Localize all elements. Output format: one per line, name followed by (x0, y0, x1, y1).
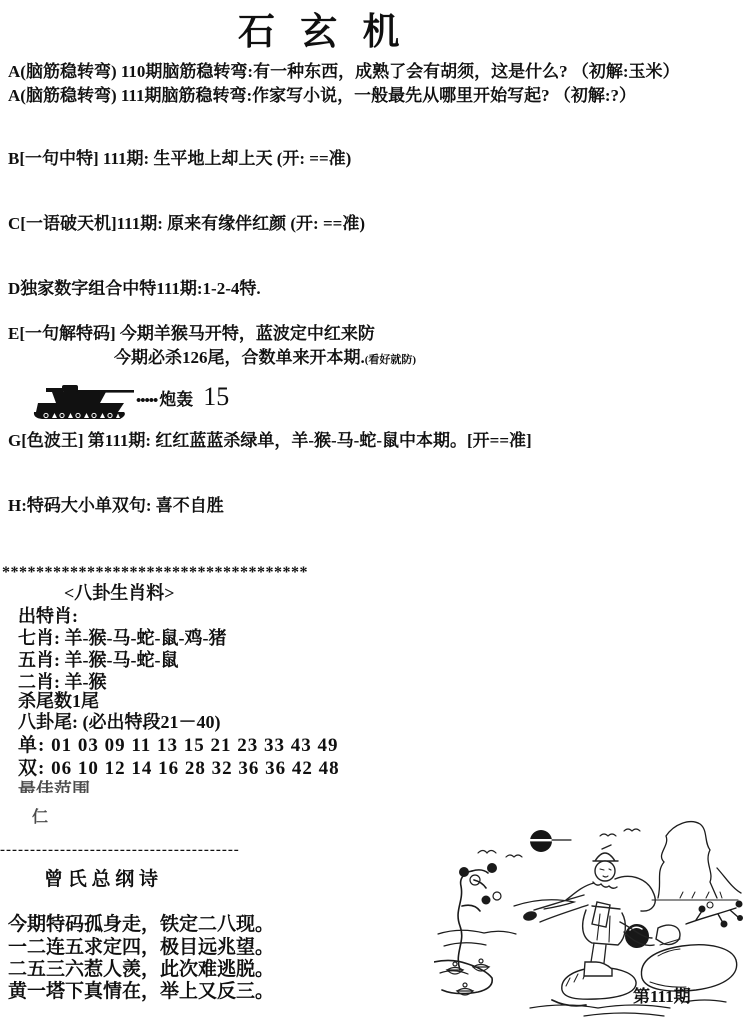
scene-caption-issue: 第111期 (633, 987, 691, 1007)
line-c-secret: C[一语破天机]111期: 原来有缘伴红颜 (开: ==准) (8, 214, 365, 234)
stars-divider: ************************************ (2, 564, 308, 582)
line-e-2: 今期必杀126尾，合数单来开本期.(看好就防) (114, 348, 416, 368)
line-e-2-text: 今期必杀126尾，合数单来开本期. (114, 348, 365, 367)
line-e-1: E[一句解特码] 今期羊猴马开特，蓝波定中红来防 (8, 324, 375, 344)
bagua-line-7xiao: 七肖: 羊-猴-马-蛇-鼠-鸡-猪 (18, 628, 226, 649)
scene-illustration (434, 810, 744, 1024)
riddle-line-110: A(脑筋稳转弯) 110期脑筋稳转弯:有一种东西，成熟了会有胡须，这是什么? （… (8, 62, 679, 82)
line-d-number-combo: D独家数字组合中特111期:1-2-4特. (8, 279, 261, 299)
line-h-phrase: H:特码大小单双句: 喜不自胜 (8, 496, 224, 516)
poem-title: 曾 氏 总 纲 诗 (44, 869, 158, 891)
poem-line-2: 一二连五求定四，极目远兆望。 (8, 937, 274, 959)
bagua-line-best-range: 最佳范围 (18, 780, 90, 793)
dashed-divider: ---------------------------------------- (0, 842, 240, 859)
branch-icon (686, 901, 743, 928)
poem-line-3: 二五三六惹人羡，此次难逃脱。 (8, 959, 274, 981)
line-g-color-wave: G[色波王] 第111期: 红红蓝蓝杀绿单，羊-猴-马-蛇-鼠中本期。[开==准… (8, 431, 532, 451)
bagua-header: <八卦生肖料> (64, 583, 175, 604)
tank-number: 15 (203, 382, 229, 412)
bagua-line-5xiao: 五肖: 羊-猴-马-蛇-鼠 (18, 650, 178, 671)
big-rock-icon (641, 945, 736, 991)
line-b-one-sentence: B[一句中特] 111期: 生平地上却上天 (开: ==准) (8, 149, 351, 169)
bagua-line-even-numbers: 双: 06 10 12 14 16 28 32 36 36 42 48 (18, 758, 340, 780)
tank-caption: ••••• 炮轰 15 (136, 382, 229, 412)
bagua-line-2xiao: 二肖: 羊-猴 (18, 672, 107, 693)
bagua-line-shawei: 杀尾数1尾 (18, 691, 99, 712)
bagua-line-odd-numbers: 单: 01 03 09 11 13 15 21 23 33 43 49 (18, 735, 339, 757)
stray-character: 仁 (32, 809, 48, 827)
page-title: 石 玄 机 (238, 12, 408, 55)
poem-line-1: 今期特码孤身走，铁定二八现。 (8, 914, 274, 936)
tank-fire-label: 炮轰 (159, 390, 193, 410)
tank-icon (26, 381, 138, 421)
bagua-line-baguawei: 八卦尾: (必出特段21－40) (18, 712, 220, 733)
sun-icon (528, 830, 571, 852)
tip-sheet-page: 石 玄 机 A(脑筋稳转弯) 110期脑筋稳转弯:有一种东西，成熟了会有胡须，这… (0, 0, 744, 1024)
riddle-line-111: A(脑筋稳转弯) 111期脑筋稳转弯:作家写小说，一般最先从哪里开始写起? （初… (8, 86, 636, 106)
tree-icon (458, 863, 501, 970)
mountain-icon (652, 822, 741, 900)
tank-fire-dots: ••••• (136, 393, 157, 410)
birds-icon (478, 829, 640, 857)
poem-line-4: 黄一塔下真情在，举上又反三。 (8, 981, 274, 1003)
bagua-line-chute: 出特肖: (18, 606, 78, 627)
line-e-2-note: (看好就防) (365, 354, 416, 366)
